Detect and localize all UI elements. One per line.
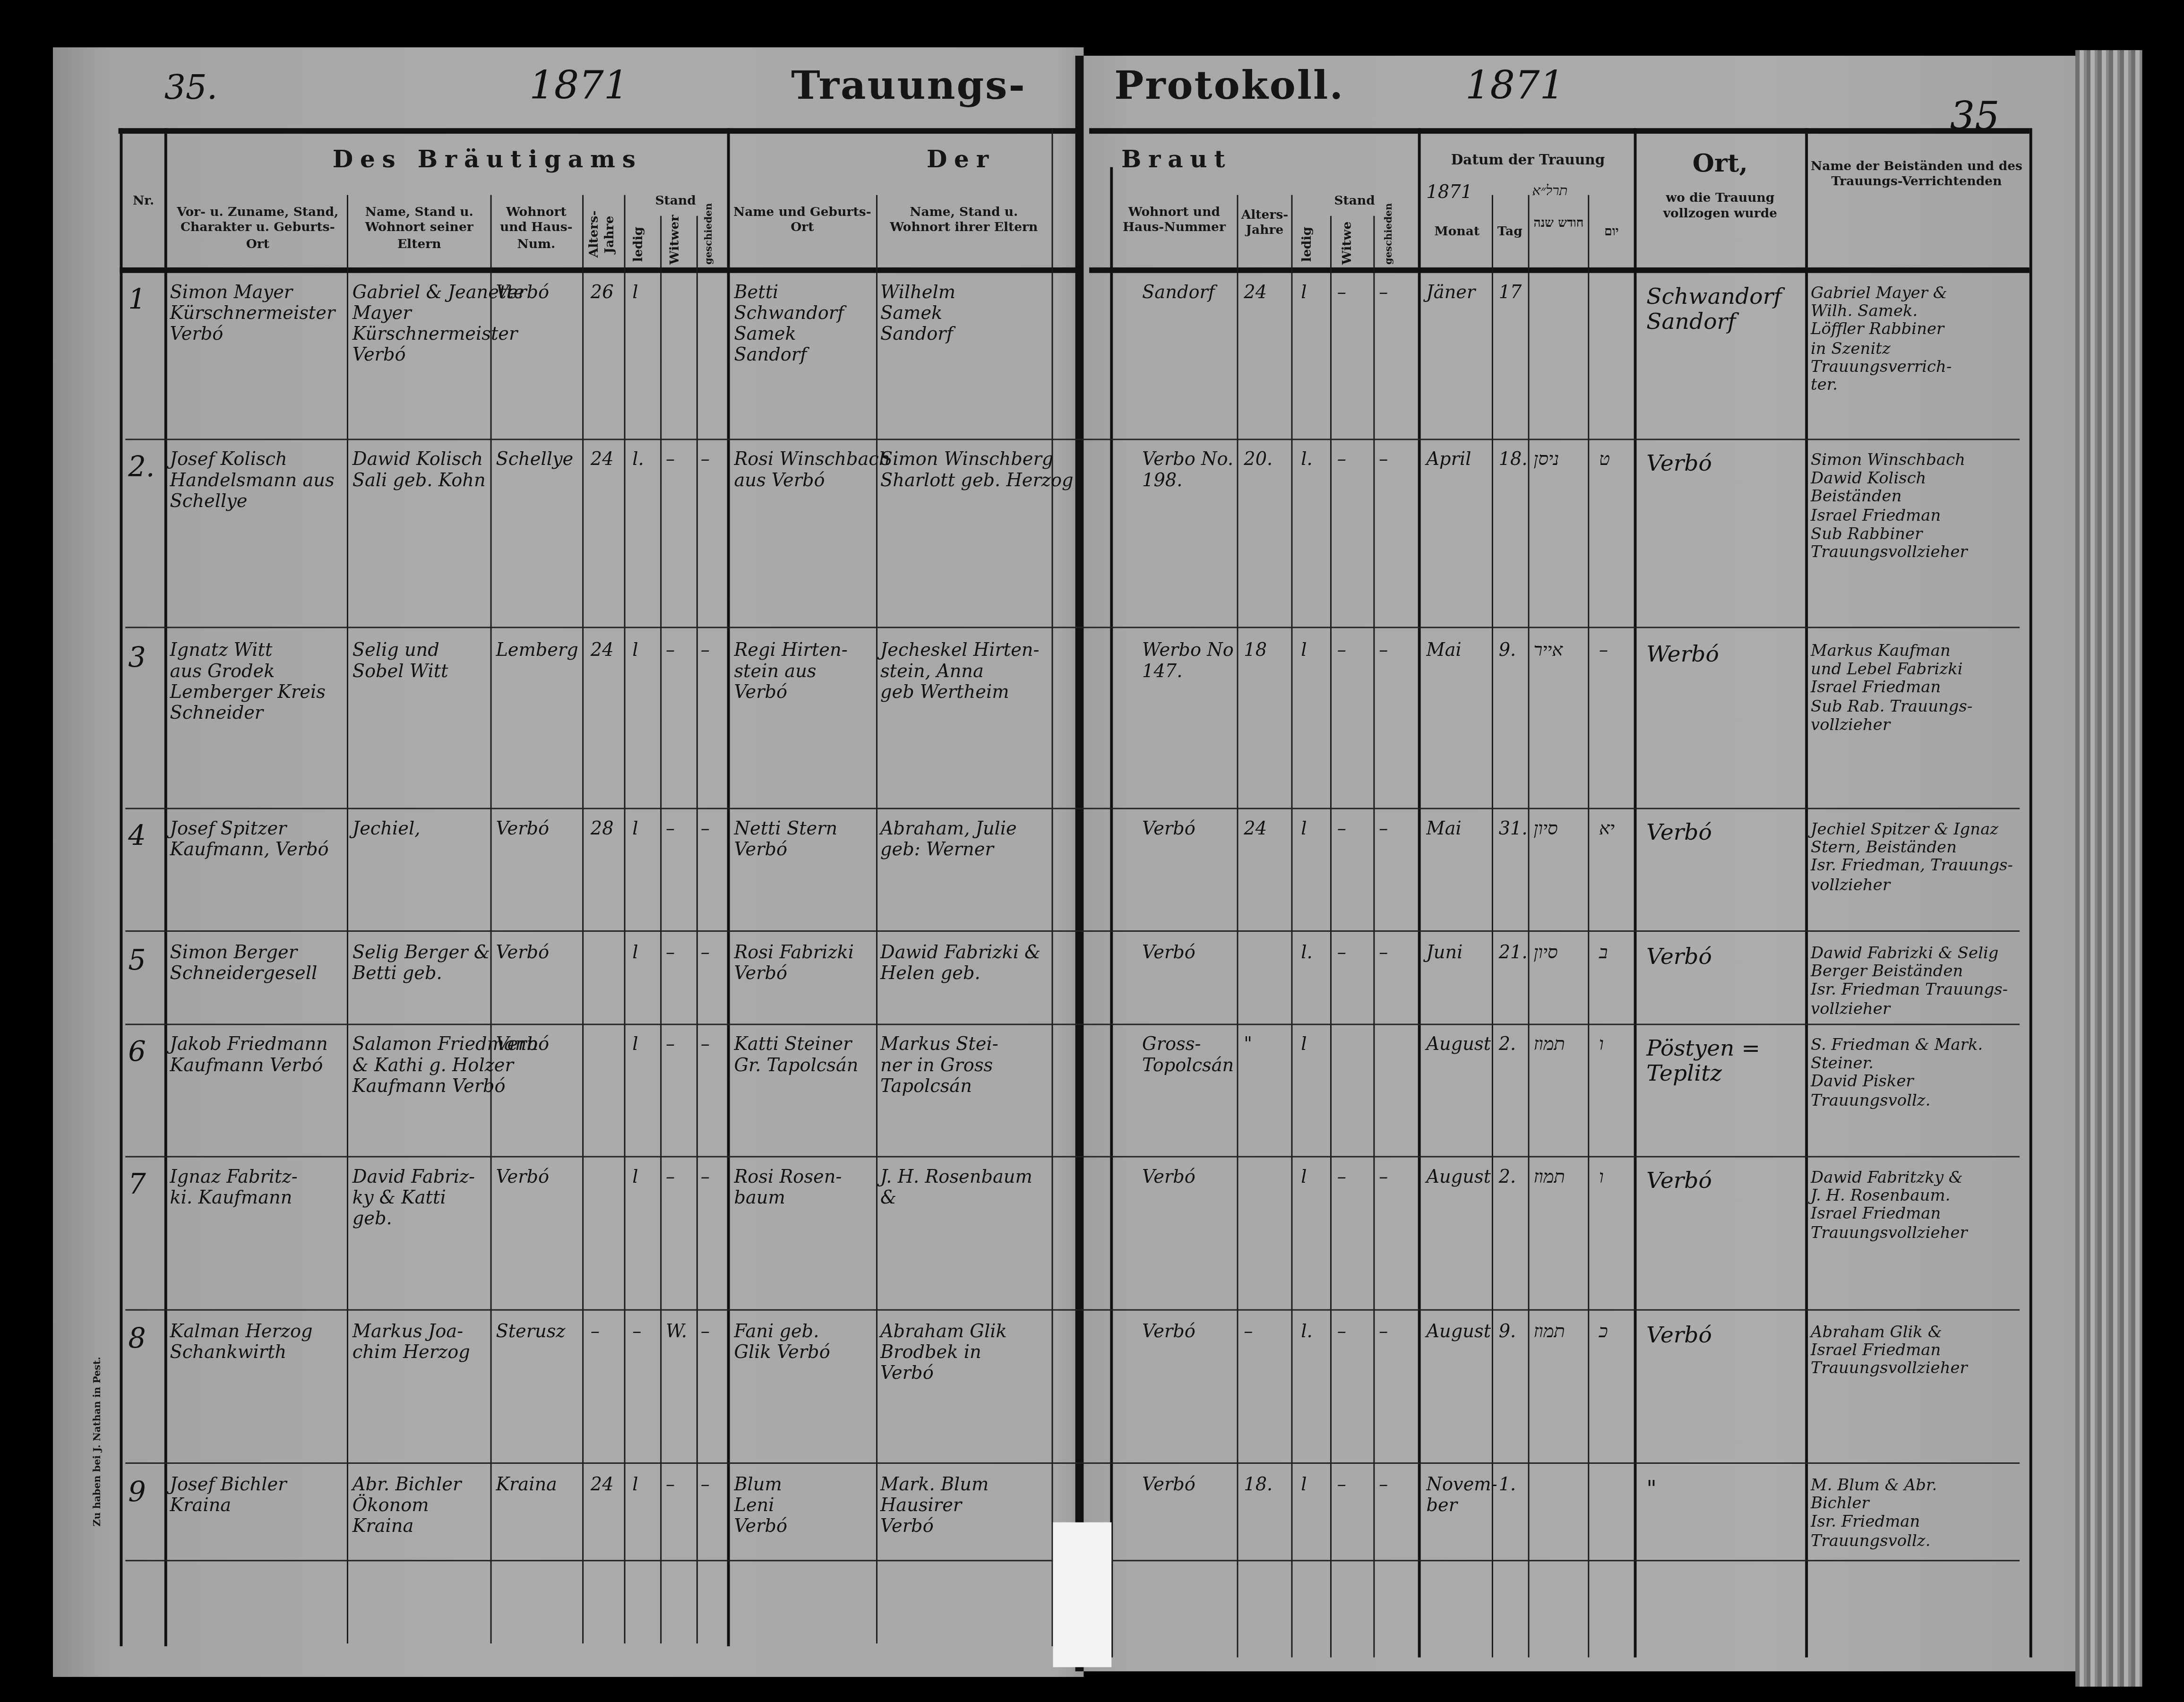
groom-divorced: –: [701, 944, 710, 965]
groom-parents: Dawid Kolisch Sali geb. Kohn: [353, 451, 486, 493]
col-bride-residence: Wohnort und Haus-Nummer: [1114, 206, 1234, 237]
col-groom-age: Alters-Jahre: [588, 206, 619, 262]
bride-residence: Gross- Topolcsán: [1142, 1036, 1234, 1078]
bride-age: ": [1244, 1036, 1252, 1057]
row-number: 9: [128, 1476, 146, 1508]
marriage-month: Jäner: [1426, 284, 1475, 305]
groom-widower: –: [666, 820, 675, 841]
groom-widower: W.: [666, 1323, 687, 1344]
bride-name: Netti Stern Verbó: [734, 820, 837, 862]
groom-parents: Abr. Bichler Ökonom Kraina: [353, 1476, 462, 1539]
groom-single: l: [632, 1476, 638, 1497]
bride-parents: Simon Winschberg Sharlott geb. Herzog: [880, 451, 1074, 493]
header-bottom-rule-right: [1089, 267, 2029, 273]
col-groom-widower: Witwer: [669, 223, 684, 265]
bride-single: l: [1301, 820, 1307, 841]
hebrew-month: סיון: [1533, 820, 1557, 841]
bride-widow: –: [1337, 284, 1346, 305]
bride-single: l: [1301, 1169, 1307, 1189]
bride-widow: –: [1337, 1169, 1346, 1189]
hebrew-month: סיון: [1533, 944, 1557, 965]
bride-divorced: –: [1379, 451, 1388, 472]
year-right: 1871: [1465, 64, 1565, 109]
group-bride-part1: Der: [919, 147, 1003, 175]
row-number: 5: [128, 944, 146, 976]
groom-age: 24: [591, 1476, 614, 1497]
bride-residence: Werbo No 147.: [1142, 642, 1234, 684]
hebrew-day: –: [1599, 642, 1608, 663]
col-hebrew-year-hand: תרל״א: [1532, 184, 1567, 200]
bride-divorced: –: [1379, 1169, 1388, 1189]
col-hebrew-day: יום: [1591, 226, 1632, 241]
marriage-place: Verbó: [1646, 1169, 1712, 1194]
bride-name: Katti Steiner Gr. Tapolcsán: [734, 1036, 858, 1078]
page-edges: [2075, 50, 2142, 1686]
bride-single: l.: [1301, 451, 1312, 472]
bride-name: Blum Leni Verbó: [734, 1476, 787, 1539]
hebrew-month: ניסן: [1533, 451, 1559, 472]
bride-parents: Mark. Blum Hausirer Verbó: [880, 1476, 989, 1539]
groom-parents: Selig und Sobel Witt: [353, 642, 448, 684]
groom-single: l: [632, 944, 638, 965]
groom-age: 26: [591, 284, 614, 305]
groom-widower: –: [666, 642, 675, 663]
groom-parents: Selig Berger & Betti geb.: [353, 944, 490, 986]
hebrew-day: ט: [1599, 451, 1610, 472]
marriage-place: Verbó: [1646, 944, 1712, 970]
witnesses: Abraham Glik & Israel Friedman Trauungsv…: [1811, 1323, 1968, 1378]
witnesses: Dawid Fabrizki & Selig Berger Beiständen…: [1811, 944, 2008, 1018]
groom-divorced: –: [701, 1169, 710, 1189]
bride-single: l.: [1301, 944, 1312, 965]
groom-divorced: –: [701, 1036, 710, 1057]
groom-single: l.: [632, 451, 644, 472]
bride-name: Rosi Rosen- baum: [734, 1169, 842, 1210]
groom-widower: –: [666, 1476, 675, 1497]
marriage-day: 31.: [1499, 820, 1528, 841]
hebrew-month: תמוז: [1533, 1036, 1565, 1057]
groom-name: Simon Mayer Kürschnermeister Verbó: [170, 284, 335, 346]
year-left: 1871: [529, 64, 628, 109]
hebrew-day: יא: [1599, 820, 1615, 841]
marriage-month: August: [1426, 1323, 1491, 1344]
marriage-day: 18.: [1499, 451, 1528, 472]
groom-residence: Verbó: [496, 820, 549, 841]
groom-residence: Verbó: [496, 1036, 549, 1057]
col-groom-parents: Name, Stand u. Wohnort seiner Eltern: [351, 206, 488, 253]
witnesses: M. Blum & Abr. Bichler Isr. Friedman Tra…: [1811, 1476, 1937, 1550]
groom-divorced: –: [701, 642, 710, 663]
bride-parents: Wilhelm Samek Sandorf: [880, 284, 955, 346]
bride-divorced: –: [1379, 284, 1388, 305]
bride-name: Betti Schwandorf Samek Sandorf: [734, 284, 844, 367]
bride-divorced: –: [1379, 1323, 1388, 1344]
hebrew-day: ב: [1599, 944, 1608, 965]
bride-age: 24: [1244, 284, 1267, 305]
groom-name: Josef Kolisch Handelsmann aus Schellye: [170, 451, 335, 514]
groom-single: l: [632, 1169, 638, 1189]
bride-parents: J. H. Rosenbaum &: [880, 1169, 1032, 1210]
groom-widower: –: [666, 1036, 675, 1057]
groom-divorced: –: [701, 1323, 710, 1344]
col-groom-divorced: geschieden: [704, 223, 716, 265]
bride-widow: –: [1337, 944, 1346, 965]
bride-residence: Verbó: [1142, 1323, 1195, 1344]
book-gutter: [1075, 56, 1084, 1671]
title-part1: Trauungs-: [791, 64, 1026, 109]
bride-divorced: –: [1379, 1476, 1388, 1497]
marriage-place: Werbó: [1646, 642, 1719, 668]
row-number: 3: [128, 642, 146, 674]
hebrew-day: ו: [1599, 1036, 1604, 1057]
bride-age: 20.: [1244, 451, 1273, 472]
table-top-rule-left: [119, 128, 1080, 134]
bride-age: 18: [1244, 642, 1267, 663]
groom-residence: Verbó: [496, 284, 549, 305]
bride-divorced: –: [1379, 820, 1388, 841]
marriage-place: Pöstyen = Teplitz: [1646, 1036, 1760, 1087]
groom-divorced: –: [701, 1476, 710, 1497]
marriage-day: 9.: [1499, 642, 1516, 663]
bride-name: Regi Hirten- stein aus Verbó: [734, 642, 847, 705]
marriage-place: Verbó: [1646, 820, 1712, 846]
col-day: Tag: [1493, 226, 1527, 241]
bride-divorced: –: [1379, 944, 1388, 965]
col-bride-widow: Witwe: [1341, 223, 1357, 265]
groom-widower: –: [666, 1169, 675, 1189]
witnesses: Gabriel Mayer & Wilh. Samek. Löffler Rab…: [1811, 284, 1952, 395]
col-groom-name: Vor- u. Zuname, Stand, Charakter u. Gebu…: [170, 206, 345, 253]
bride-name: Rosi Winschbach aus Verbó: [734, 451, 890, 493]
witnesses: Dawid Fabritzky & J. H. Rosenbaum. Israe…: [1811, 1169, 1968, 1242]
groom-single: l: [632, 642, 638, 663]
groom-residence: Verbó: [496, 1169, 549, 1189]
bride-residence: Verbó: [1142, 1169, 1195, 1189]
marriage-month: April: [1426, 451, 1471, 472]
witnesses: Jechiel Spitzer & Ignaz Stern, Beistände…: [1811, 820, 2013, 894]
col-hebrew-month: חודש שנה: [1531, 217, 1587, 233]
groom-age: –: [591, 1323, 600, 1344]
groom-widower: –: [666, 451, 675, 472]
groom-single: l: [632, 820, 638, 841]
bride-residence: Verbó: [1142, 820, 1195, 841]
marriage-day: 2.: [1499, 1169, 1516, 1189]
groom-single: –: [632, 1323, 641, 1344]
groom-parents: Jechiel,: [353, 820, 421, 841]
table-top-rule-right: [1089, 128, 2029, 134]
row-number: 6: [128, 1036, 146, 1068]
marriage-day: 21.: [1499, 944, 1528, 965]
col-bride-name: Name und Geburts-Ort: [732, 206, 872, 237]
bride-widow: –: [1337, 1476, 1346, 1497]
bride-residence: Verbó: [1142, 944, 1195, 965]
bride-residence: Verbo No. 198.: [1142, 451, 1233, 493]
hebrew-day: ו: [1599, 1169, 1604, 1189]
bride-parents: Markus Stei- ner in Gross Tapolcsán: [880, 1036, 998, 1099]
hebrew-month: אייר: [1533, 642, 1563, 663]
marriage-day: 9.: [1499, 1323, 1516, 1344]
title-part2: Protokoll.: [1114, 64, 1344, 109]
col-groom-single: ledig: [632, 223, 648, 265]
bride-widow: –: [1337, 451, 1346, 472]
bride-single: l: [1301, 1036, 1307, 1057]
bride-single: l: [1301, 1476, 1307, 1497]
row-number: 1: [128, 284, 146, 316]
groom-residence: Lemberg: [496, 642, 578, 663]
marriage-day: 1.: [1499, 1476, 1516, 1497]
groom-name: Josef Bichler Kraina: [170, 1476, 287, 1518]
witnesses: Simon Winschbach Dawid Kolisch Beistände…: [1811, 451, 1968, 562]
bride-name: Rosi Fabrizki Verbó: [734, 944, 854, 986]
bride-widow: –: [1337, 820, 1346, 841]
groom-single: l: [632, 284, 638, 305]
bride-widow: –: [1337, 1323, 1346, 1344]
bride-parents: Abraham, Julie geb: Werner: [880, 820, 1017, 862]
witnesses: Markus Kaufman und Lebel Fabrizki Israel…: [1811, 642, 1972, 734]
bride-parents: Abraham Glik Brodbek in Verbó: [880, 1323, 1007, 1385]
groom-parents: Markus Joa- chim Herzog: [353, 1323, 470, 1365]
groom-residence: Sterusz: [496, 1323, 565, 1344]
group-place-sub: wo die Trauung vollzogen wurde: [1643, 192, 1797, 223]
group-bride-part2: Braut: [1121, 147, 1247, 175]
bride-name: Fani geb. Glik Verbó: [734, 1323, 830, 1365]
row-number: 7: [128, 1169, 146, 1201]
groom-residence: Kraina: [496, 1476, 557, 1497]
witnesses: S. Friedman & Mark. Steiner. David Piske…: [1811, 1036, 1983, 1110]
col-year-hand: 1871: [1426, 184, 1472, 205]
col-nr: Nr.: [122, 195, 164, 211]
bride-age: 18.: [1244, 1476, 1273, 1497]
bride-single: l.: [1301, 1323, 1312, 1344]
marriage-month: Juni: [1426, 944, 1462, 965]
groom-widower: –: [666, 944, 675, 965]
group-stand-bride: Stand: [1295, 195, 1414, 209]
groom-parents: David Fabriz- ky & Katti geb.: [353, 1169, 475, 1231]
col-groom-residence: Wohnort und Haus-Num.: [493, 206, 579, 253]
bride-age: 24: [1244, 820, 1267, 841]
marriage-place: Verbó: [1646, 451, 1712, 477]
groom-divorced: –: [701, 820, 710, 841]
marriage-place: Verbó: [1646, 1323, 1712, 1349]
hebrew-month: תמוז: [1533, 1169, 1565, 1189]
hebrew-month: תמוז: [1533, 1323, 1565, 1344]
row-number: 4: [128, 820, 146, 852]
groom-name: Josef Spitzer Kaufmann, Verbó: [170, 820, 329, 862]
marriage-month: Mai: [1426, 820, 1461, 841]
marriage-month: August: [1426, 1036, 1491, 1057]
hebrew-day: כ: [1599, 1323, 1608, 1344]
groom-age: 28: [591, 820, 614, 841]
bride-single: l: [1301, 642, 1307, 663]
bride-residence: Sandorf: [1142, 284, 1215, 305]
bride-widow: –: [1337, 642, 1346, 663]
group-date: Datum der Trauung: [1424, 153, 1633, 169]
header-bottom-rule-left: [120, 267, 1081, 273]
groom-name: Kalman Herzog Schankwirth: [170, 1323, 313, 1365]
col-bride-age: Alters-Jahre: [1239, 209, 1290, 240]
paper-tab: [1053, 1522, 1111, 1668]
bride-parents: Jecheskel Hirten- stein, Anna geb Werthe…: [880, 642, 1040, 705]
bride-divorced: –: [1379, 642, 1388, 663]
groom-name: Ignatz Witt aus Grodek Lemberger Kreis S…: [170, 642, 326, 725]
marriage-month: Mai: [1426, 642, 1461, 663]
groom-residence: Verbó: [496, 944, 549, 965]
bride-parents: Dawid Fabrizki & Helen geb.: [880, 944, 1040, 986]
bride-residence: Verbó: [1142, 1476, 1195, 1497]
marriage-place: ": [1646, 1476, 1657, 1502]
groom-name: Simon Berger Schneidergesell: [170, 944, 318, 986]
row-number: 8: [128, 1323, 146, 1355]
marriage-month: Novem- ber: [1426, 1476, 1497, 1518]
groom-name: Jakob Friedmann Kaufmann Verbó: [170, 1036, 328, 1078]
page-number-left: 35.: [164, 69, 218, 108]
groom-single: l: [632, 1036, 638, 1057]
row-number: 2.: [128, 451, 155, 483]
group-groom: Des Bräutigams: [279, 147, 696, 175]
bride-single: l: [1301, 284, 1307, 305]
group-witnesses: Name der Beiständen und des Trauungs-Ver…: [1811, 160, 2022, 191]
group-place: Ort,: [1643, 150, 1797, 179]
register-scan: 35. 1871 Trauungs- Protokoll. 1871 35 De…: [0, 0, 2184, 1702]
margin-imprint: Zu haben bei J. Nathan in Pest.: [92, 1302, 103, 1581]
col-bride-parents: Name, Stand u. Wohnort ihrer Eltern: [880, 206, 1048, 237]
col-bride-single: ledig: [1301, 223, 1316, 265]
groom-residence: Schellye: [496, 451, 573, 472]
groom-age: 24: [591, 451, 614, 472]
marriage-place: Schwandorf Sandorf: [1646, 284, 1782, 335]
marriage-month: August: [1426, 1169, 1491, 1189]
col-bride-divorced: geschieden: [1383, 223, 1395, 265]
bride-age: –: [1244, 1323, 1253, 1344]
groom-name: Ignaz Fabritz- ki. Kaufmann: [170, 1169, 298, 1210]
col-month: Monat: [1424, 226, 1490, 241]
groom-divorced: –: [701, 451, 710, 472]
marriage-day: 2.: [1499, 1036, 1516, 1057]
marriage-day: 17: [1499, 284, 1522, 305]
groom-age: 24: [591, 642, 614, 663]
